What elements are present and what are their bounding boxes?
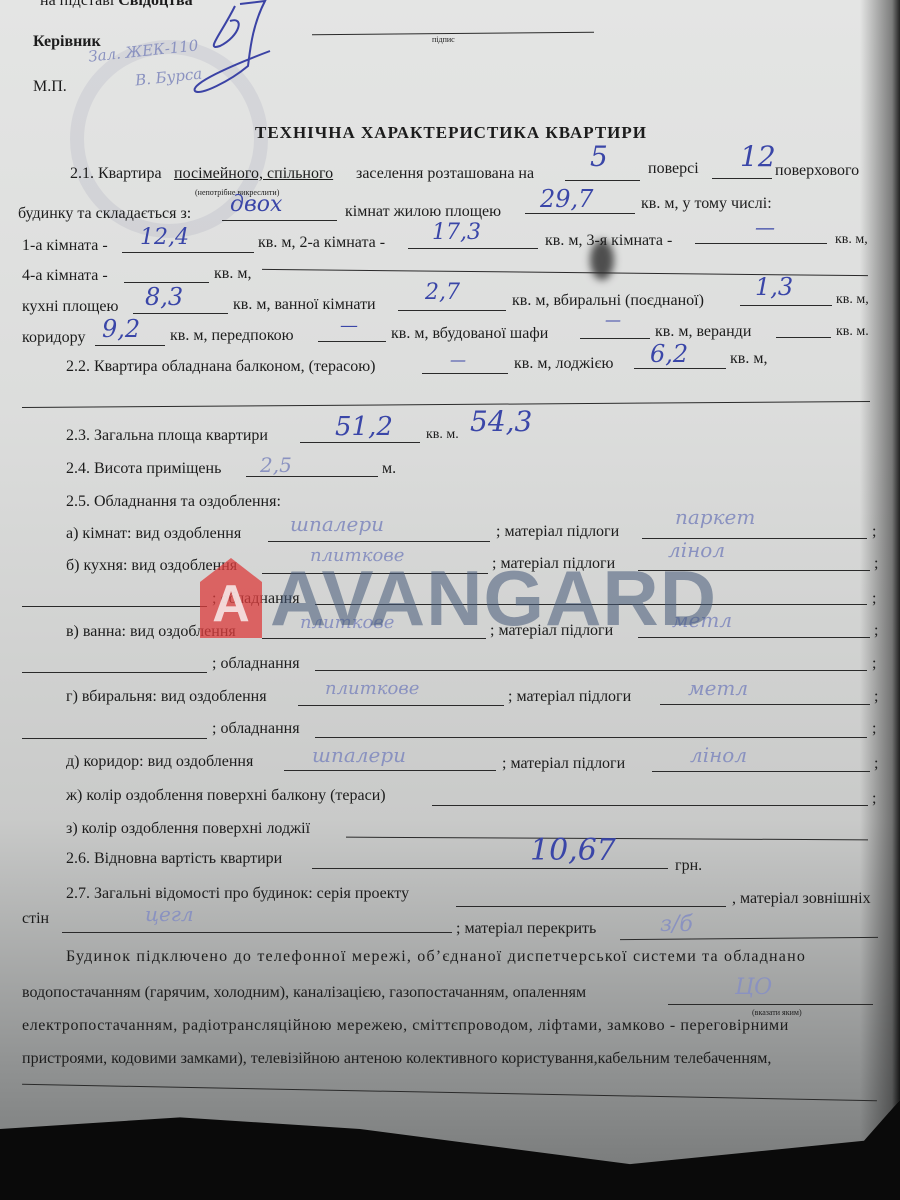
finish-label: вид оздоблення bbox=[135, 525, 241, 542]
closet-label: кв. м, вбудованої шафи bbox=[391, 325, 548, 343]
ceilings-value: з/б bbox=[660, 912, 693, 937]
loggia-value: 6,2 bbox=[650, 340, 688, 368]
corridor-line bbox=[95, 345, 165, 346]
replacement-cost-line bbox=[312, 868, 668, 869]
balcony-color-label: ж) колір оздоблення поверхні балкону (те… bbox=[66, 787, 386, 805]
wc-pre-line bbox=[22, 738, 207, 739]
heating-line bbox=[668, 1004, 873, 1005]
wc-value: 1,3 bbox=[755, 273, 793, 301]
basis-text: на підставі Свідоцтва bbox=[40, 0, 193, 10]
height-label: 2.4. Висота приміщень bbox=[66, 460, 221, 478]
signature-caption: підпис bbox=[432, 35, 455, 44]
wc-equip-line bbox=[315, 737, 867, 738]
kitchen-line bbox=[133, 313, 228, 314]
wc-floor-label: ; матеріал підлоги bbox=[508, 688, 631, 706]
basis-document: Свідоцтва bbox=[118, 0, 192, 9]
rooms-line bbox=[222, 220, 337, 221]
rooms-floor-label: ; матеріал підлоги bbox=[496, 523, 619, 541]
loggia-line bbox=[634, 368, 726, 369]
room1-line bbox=[122, 252, 254, 253]
watermark: A AVANGARD bbox=[200, 558, 717, 638]
walls-label: , матеріал зовнішніх bbox=[732, 890, 871, 908]
wc-finish-line bbox=[298, 705, 504, 706]
s2-1-location: заселення розташована на bbox=[356, 165, 534, 183]
corridor-section-label: д) коридор: bbox=[66, 753, 144, 770]
corridor-floor-line bbox=[652, 771, 870, 772]
including-label: кв. м, у тому числі: bbox=[641, 195, 772, 213]
height-unit: м. bbox=[382, 460, 396, 478]
building-info-label: 2.7. Загальні відомості про будинок: сер… bbox=[66, 885, 409, 903]
watermark-text: AVANGARD bbox=[270, 553, 717, 644]
floors-total-value: 12 bbox=[740, 140, 776, 173]
bath-pre-line bbox=[22, 672, 207, 673]
room4-label: 4-а кімната - bbox=[22, 267, 108, 285]
wc-floor-line bbox=[660, 704, 870, 705]
s2-2-balcony-label: 2.2. Квартира обладнана балконом, (терас… bbox=[66, 358, 375, 376]
loggia-label: кв. м, лоджією bbox=[514, 355, 613, 373]
veranda-line bbox=[776, 337, 831, 338]
utilities-text-2: водопостачанням (гарячим, холодним), кан… bbox=[22, 984, 586, 1002]
room2-line bbox=[408, 248, 538, 249]
bath-equip-label: ; обладнання bbox=[212, 655, 300, 673]
project-series-line bbox=[456, 906, 726, 907]
corridor-floor-value: лінол bbox=[690, 743, 747, 767]
finish-label: вид оздоблення bbox=[161, 688, 267, 705]
kitchen-section-label: б) кухня: bbox=[66, 557, 127, 574]
corridor-floor-label: ; матеріал підлоги bbox=[502, 755, 625, 773]
s2-1-intro: 2.1. Квартира bbox=[70, 165, 162, 183]
rooms-finish-value: шпалери bbox=[290, 512, 384, 536]
rooms-value: двох bbox=[230, 192, 282, 217]
rooms-finish-label: а) кімнат: вид оздоблення bbox=[66, 525, 241, 543]
handwritten-signature bbox=[190, 0, 290, 106]
total-area-unit: кв. м. bbox=[426, 427, 459, 443]
living-area-label: кімнат жилою площею bbox=[345, 203, 501, 221]
kitchen-value: 8,3 bbox=[145, 283, 183, 311]
room2-value: 17,3 bbox=[432, 220, 481, 245]
utilities-text-1: Будинок підключено до телефонної мережі,… bbox=[66, 948, 806, 966]
rooms-finish-line bbox=[268, 541, 490, 542]
bath-label: кв. м, ванної кімнати bbox=[233, 296, 376, 314]
replacement-cost-label: 2.6. Відновна вартість квартири bbox=[66, 850, 282, 868]
height-value: 2,5 bbox=[260, 453, 292, 477]
page-title: ТЕХНІЧНА ХАРАКТЕРИСТИКА КВАРТИРИ bbox=[255, 123, 647, 143]
document-page: на підставі Свідоцтва Керівник підпис М.… bbox=[0, 0, 900, 1170]
wc-finish-value: плиткове bbox=[325, 678, 419, 699]
replacement-cost-unit: грн. bbox=[675, 857, 702, 875]
corridor-value: 9,2 bbox=[102, 315, 140, 343]
wc-finish-label: г) вбиральня: вид оздоблення bbox=[66, 688, 267, 706]
hall-label: кв. м, передпокою bbox=[170, 327, 294, 345]
rooms-label: а) кімнат: bbox=[66, 525, 131, 542]
room3-value: — bbox=[755, 215, 775, 239]
balcony-line bbox=[422, 373, 508, 374]
page-edge-shadow bbox=[860, 0, 900, 1170]
utilities-text-3: електропостачанням, радіотрансляційною м… bbox=[22, 1017, 789, 1035]
balcony-color-line bbox=[432, 805, 868, 806]
walls-label-2: стін bbox=[22, 910, 49, 928]
closet-line bbox=[580, 338, 650, 339]
floor-label: поверсі bbox=[648, 160, 699, 178]
room3-line bbox=[695, 243, 827, 244]
s2-1-composition: будинку та складається з: bbox=[18, 205, 191, 223]
watermark-logo-icon: A bbox=[200, 558, 262, 638]
hall-line bbox=[318, 341, 386, 342]
ceilings-line bbox=[620, 937, 878, 940]
living-area-line bbox=[525, 213, 635, 214]
total-area-corrected: 54,3 bbox=[470, 405, 532, 438]
wc-equip-label: ; обладнання bbox=[212, 720, 300, 738]
room1-label: 1-а кімната - bbox=[22, 237, 108, 255]
heating-value: ЦО bbox=[735, 975, 772, 1000]
loggia-unit: кв. м, bbox=[730, 350, 767, 368]
room4-unit: кв. м, bbox=[214, 265, 251, 283]
basis-prefix: на підставі bbox=[40, 0, 114, 9]
kitchen-label: кухні площею bbox=[22, 298, 118, 316]
closet-value: — bbox=[605, 310, 621, 329]
wc-label: кв. м, вбиральні (поєднаної) bbox=[512, 292, 704, 310]
stamp-label: М.П. bbox=[33, 78, 67, 96]
bath-equip-line bbox=[315, 670, 867, 671]
corridor-finish-line bbox=[284, 770, 496, 771]
corridor-label: коридору bbox=[22, 329, 85, 347]
room2-label: кв. м, 2-а кімната - bbox=[258, 234, 385, 252]
ceilings-label: ; матеріал перекрить bbox=[456, 920, 596, 938]
hall-value: — bbox=[340, 315, 358, 336]
occupancy-options: посімейного, спільного bbox=[174, 165, 333, 183]
balcony-value: — bbox=[450, 350, 466, 369]
finishing-heading: 2.5. Обладнання та оздоблення: bbox=[66, 493, 281, 511]
walls-line bbox=[62, 932, 452, 933]
corridor-finish-label: д) коридор: вид оздоблення bbox=[66, 753, 253, 771]
corridor-finish-value: шпалери bbox=[312, 743, 406, 767]
wc-section-label: г) вбиральня: bbox=[66, 688, 157, 705]
room3-label: кв. м, 3-я кімната - bbox=[545, 232, 672, 250]
floor-line bbox=[565, 180, 640, 181]
veranda-label: кв. м, веранди bbox=[655, 323, 751, 341]
room1-value: 12,4 bbox=[140, 225, 189, 250]
floors-total-label: поверхового bbox=[775, 162, 859, 180]
s2-2-extra-line bbox=[22, 401, 870, 408]
floors-total-line bbox=[712, 178, 772, 179]
total-area-line bbox=[300, 442, 420, 443]
utilities-text-4: пристроями, кодовими замками), телевізій… bbox=[22, 1050, 771, 1068]
replacement-cost-value: 10,67 bbox=[530, 833, 616, 868]
bath-section-label: в) ванна: bbox=[66, 623, 126, 640]
watermark-logo-letter: A bbox=[200, 574, 262, 634]
loggia-color-label: з) колір оздоблення поверхні лоджії bbox=[66, 820, 310, 838]
heating-hint: (вказати яким) bbox=[752, 1008, 802, 1017]
total-area-label: 2.3. Загальна площа квартири bbox=[66, 427, 268, 445]
wc-line bbox=[740, 305, 832, 306]
rooms-floor-value: паркет bbox=[675, 505, 755, 529]
floor-value: 5 bbox=[590, 140, 608, 173]
bath-value: 2,7 bbox=[425, 280, 460, 305]
walls-value: цегл bbox=[145, 902, 194, 926]
wc-floor-value: метл bbox=[688, 676, 748, 700]
total-area-value: 51,2 bbox=[335, 412, 393, 442]
living-area-value: 29,7 bbox=[540, 185, 593, 213]
kitchen-pre-line bbox=[22, 606, 207, 607]
finish-label: вид оздоблення bbox=[148, 753, 254, 770]
bath-line bbox=[398, 310, 506, 311]
utilities-extra-line bbox=[22, 1084, 877, 1101]
